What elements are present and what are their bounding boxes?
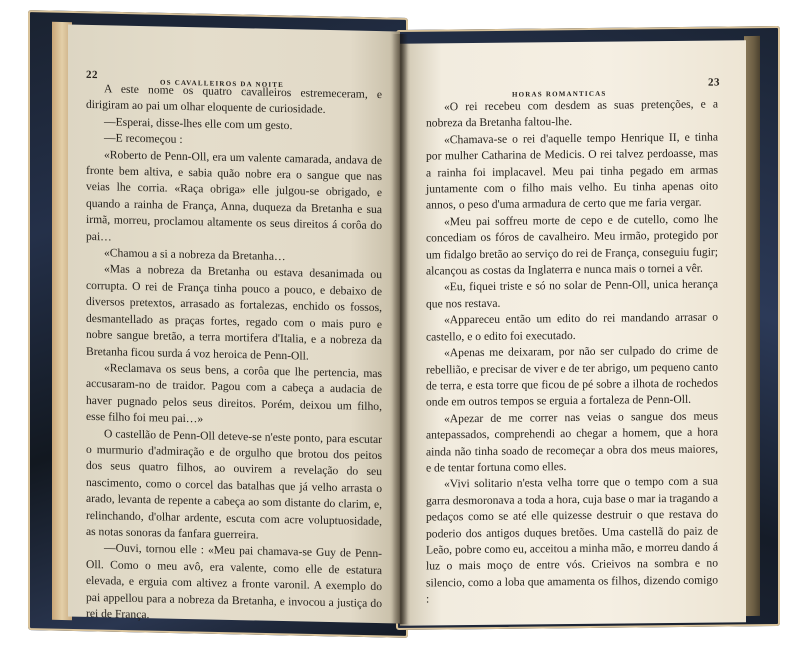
paragraph: «Apenas me deixaram, por não ser culpado… (426, 343, 718, 412)
paragraph: O castellão de Penn-Oll deteve-se n'este… (86, 425, 382, 546)
page-number-right: 23 (708, 76, 720, 88)
open-book: 22 OS CAVALLEIROS DA NOITE A este nome o… (0, 0, 800, 657)
right-page-body: «O rei recebeu com desdem as suas preten… (426, 96, 718, 608)
left-page: 22 OS CAVALLEIROS DA NOITE A este nome o… (68, 25, 400, 624)
paragraph: «Meu pai soffreu morte de cepo e de cute… (426, 211, 718, 280)
paragraph: «Reclamava os seus bens, a corôa que lhe… (86, 360, 382, 432)
paragraph: —Ouvi, tornou elle : «Meu pai chamava-se… (86, 540, 382, 628)
paragraph: «Vivi solitario n'esta velha torre que o… (426, 474, 718, 608)
paragraph: «Chamava-se o rei d'aquelle tempo Henriq… (426, 129, 718, 214)
paragraph: «Eu, fiquei triste e só no solar de Penn… (426, 277, 718, 313)
paragraph: «O rei recebeu com desdem as suas preten… (426, 96, 718, 132)
book-gutter (392, 34, 408, 624)
right-page-edges (744, 36, 760, 616)
page-number-left: 22 (86, 69, 98, 81)
paragraph: «Appareceu então um edito do rei mandand… (426, 310, 718, 346)
paragraph: «Mas a nobreza da Bretanha ou estava des… (86, 261, 382, 366)
paragraph: «Roberto de Penn-Oll, era um valente cam… (86, 147, 382, 252)
left-page-body: A este nome os quatro cavalleiros estrem… (86, 81, 382, 629)
paragraph: «Apezar de me correr nas veias o sangue … (426, 408, 718, 477)
right-page: 23 HORAS ROMANTICAS «O rei recebeu com d… (400, 40, 746, 626)
